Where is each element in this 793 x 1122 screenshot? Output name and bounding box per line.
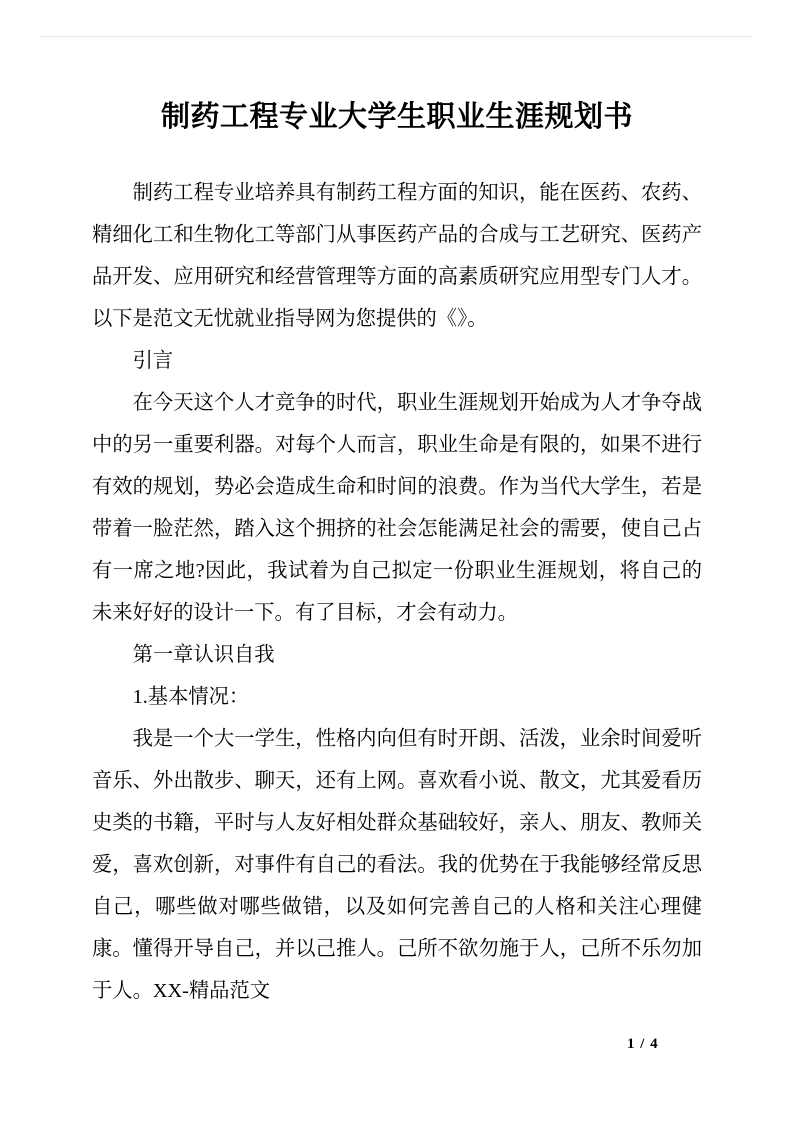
paragraph-major-intro: 制药工程专业培养具有制药工程方面的知识，能在医药、农药、精细化工和生物化工等部门… <box>92 172 702 340</box>
section-heading-introduction: 引言 <box>92 340 702 382</box>
document-content: 制药工程专业大学生职业生涯规划书 制药工程专业培养具有制药工程方面的知识，能在医… <box>92 0 702 1012</box>
chapter-heading-know-myself: 第一章认识自我 <box>92 634 702 676</box>
paragraph-career-planning-intro: 在今天这个人才竞争的时代，职业生涯规划开始成为人才争夺战中的另一重要利器。对每个… <box>92 382 702 634</box>
page-number: 1 / 4 <box>627 1036 659 1053</box>
document-body: 制药工程专业培养具有制药工程方面的知识，能在医药、农药、精细化工和生物化工等部门… <box>92 172 702 1012</box>
page-title: 制药工程专业大学生职业生涯规划书 <box>92 95 702 139</box>
document-page: 制药工程专业大学生职业生涯规划书 制药工程专业培养具有制药工程方面的知识，能在医… <box>0 0 793 1122</box>
subheading-basic-situation: 1.基本情况： <box>92 676 702 718</box>
paragraph-self-description: 我是一个大一学生，性格内向但有时开朗、活泼，业余时间爱听音乐、外出散步、聊天，还… <box>92 718 702 1012</box>
